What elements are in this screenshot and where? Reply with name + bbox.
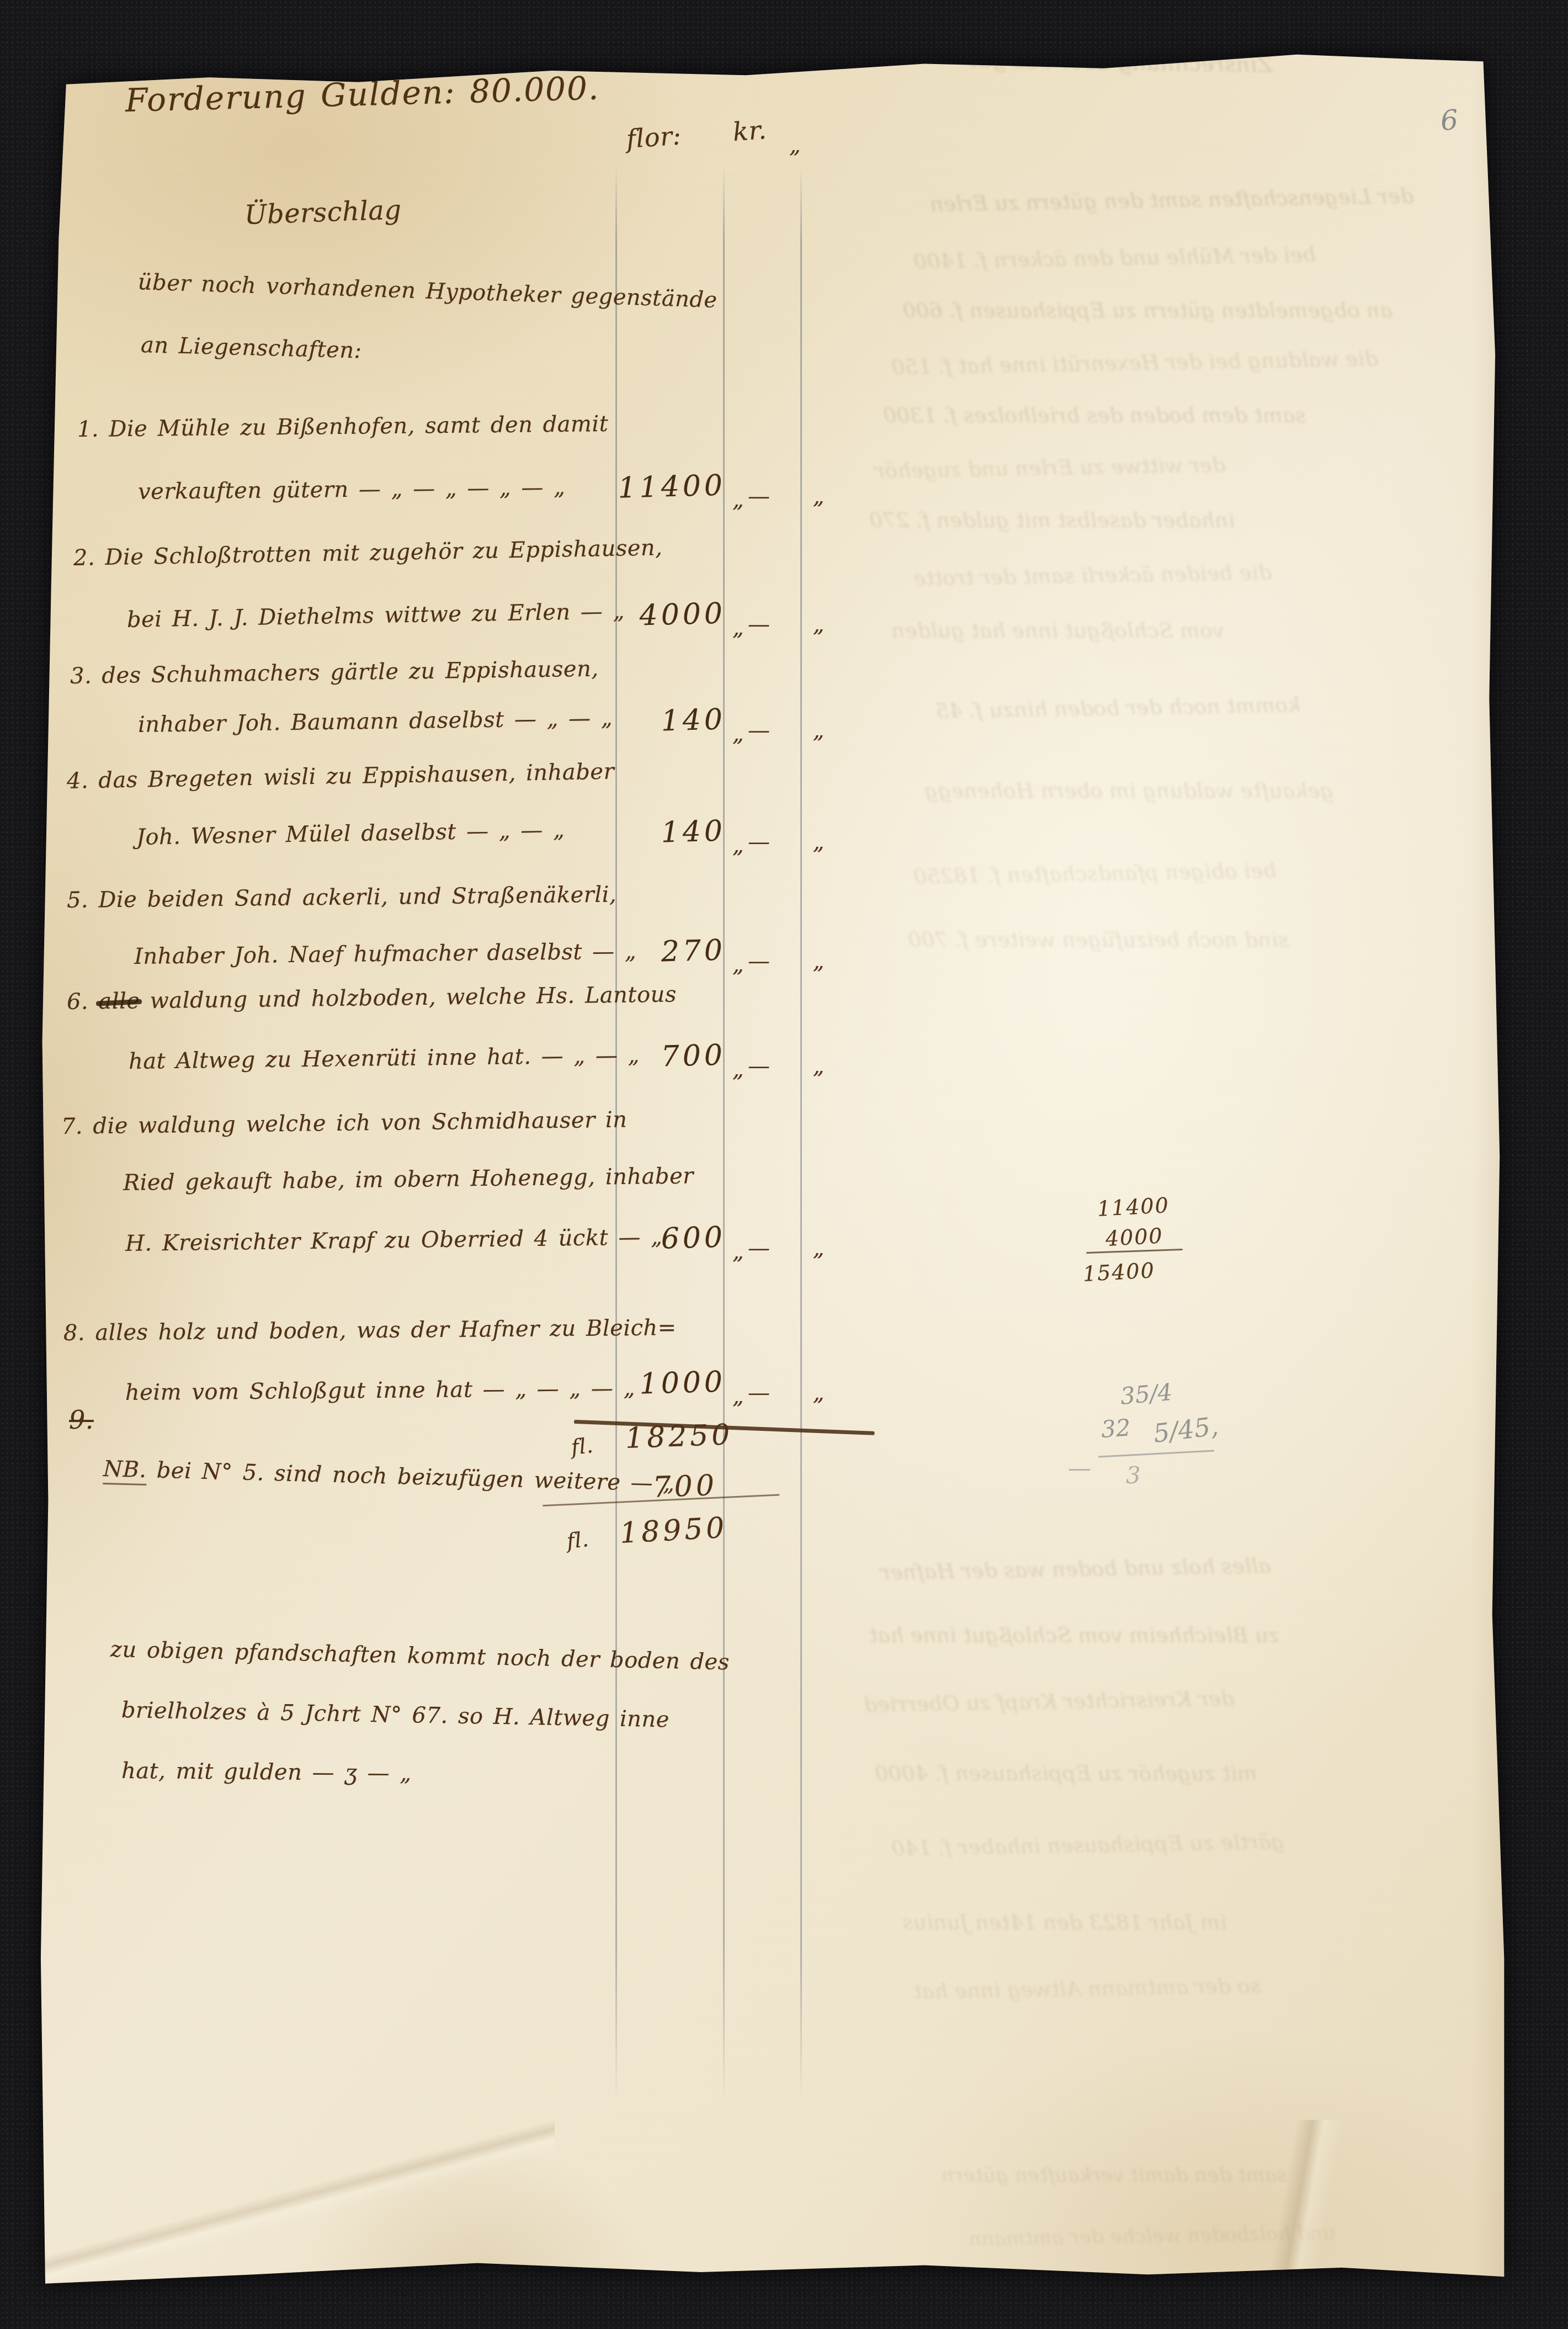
entry-2-ditto-mark: „ — [732, 615, 744, 640]
edge-shading-right — [1471, 11, 1521, 2302]
bleedthrough-line: und holzboden welche der amtmann — [969, 2221, 1336, 2251]
bleedthrough-line: bei obigen pfandschaften f. 18250 — [913, 858, 1277, 888]
nb-note: NB. bei N° 5. sind noch beizufügen weite… — [103, 1456, 675, 1497]
entry-4-line-1: 4. das Bregeten wisli zu Eppishausen, in… — [67, 759, 615, 794]
intro-line-1: über noch vorhandenen Hypotheker gegenst… — [137, 269, 717, 313]
document-subtitle: Überschlag — [244, 194, 402, 231]
column-rule-left — [615, 166, 617, 2103]
column-header-ditto-mark: „ — [789, 132, 801, 158]
entry-7-amount-kr-dash: — „ — [748, 1235, 841, 1261]
subtotal-value: 18250 — [625, 1418, 733, 1455]
pencil-calc-rule — [1098, 1450, 1214, 1458]
entry-5-line-2: Inhaber Joh. Naef hufmacher daselbst — „ — [134, 938, 637, 969]
entry-7-line-3: H. Kreisrichter Krapf zu Oberried 4 ückt… — [125, 1224, 663, 1256]
bleedthrough-line: alles holz und boden was der Hafner — [880, 1553, 1271, 1584]
bleedthrough-line: mit zugehör zu Eppishausen f. 4000 — [875, 1761, 1257, 1785]
entry-2-amount-flor: 4000 — [587, 597, 726, 634]
manuscript-sheet: Zinsrechnung über das gutder Liegenschaf… — [30, 11, 1521, 2302]
bleedthrough-line: gärtle zu Eppishausen inhaber f. 140 — [891, 1829, 1285, 1860]
page-number: 6 — [1439, 104, 1459, 137]
entry-4-ditto-mark: „ — [732, 832, 744, 858]
florin-sign-total: fl. — [566, 1527, 590, 1553]
entry-3-amount-flor: 140 — [587, 703, 726, 740]
bleedthrough-line: samt dem boden des brielholzes f. 1300 — [883, 403, 1306, 427]
entry-5-ditto-mark: „ — [732, 952, 744, 977]
nb-text: bei N° 5. sind noch beizufügen weitere —… — [156, 1458, 675, 1497]
column-rule-middle — [723, 166, 725, 2103]
pencil-calc-row2b: 5/45, — [1152, 1411, 1220, 1449]
bleedthrough-line: zu Bleichheim vom Schloßgut inne hat — [869, 1623, 1279, 1647]
intro-line-2: an Liegenschaften: — [140, 332, 362, 363]
florin-sign-subtotal: fl. — [570, 1433, 594, 1460]
entry-6-amount-kr-dash: — „ — [748, 1053, 841, 1079]
margin-sum-result: 15400 — [1082, 1258, 1156, 1286]
entry-3-line-1: 3. des Schuhmachers gärtle zu Eppishause… — [70, 656, 599, 689]
entry-4-amount-kr-dash: — „ — [748, 829, 841, 855]
pencil-calc-row2a: 32 — [1100, 1414, 1131, 1443]
column-header-kr: kr. — [732, 115, 768, 147]
bleedthrough-line: der wittwe zu Erlen und zugehör — [875, 452, 1226, 482]
entry-1-line-1: 1. Die Mühle zu Bißenhofen, samt den dam… — [77, 411, 609, 442]
manuscript-page: Zinsrechnung über das gutder Liegenschaf… — [30, 11, 1521, 2302]
total-value: 18950 — [619, 1511, 728, 1550]
footer-line-2: brielholzes à 5 Jchrt N° 67. so H. Altwe… — [121, 1697, 670, 1732]
entry-7-line-2: Ried gekauft habe, im obern Hohenegg, in… — [123, 1163, 694, 1196]
column-header-flor: flor: — [625, 120, 682, 154]
entry-1-amount-kr-dash: — „ — [748, 484, 841, 509]
entry-8-amount-kr-dash: — „ — [748, 1380, 841, 1405]
bleedthrough-line: gekaufte waldung im obern Hohenegg — [924, 778, 1333, 803]
bleedthrough-line: vom Schloßgut inne hat gulden — [891, 618, 1224, 643]
document-title: Forderung Gulden: 80.000. — [125, 70, 600, 119]
struck-word: alle — [98, 988, 140, 1014]
margin-sum-addend-2: 4000 — [1105, 1224, 1164, 1251]
bleedthrough-line: so der amtmann Altweg inne hat — [913, 1973, 1261, 2004]
bleedthrough-line: die waldung bei der Hexenrüti inne hat f… — [891, 346, 1379, 379]
pencil-calc-dash: — — [1068, 1455, 1091, 1482]
fold-crease-bottom-right — [1079, 2120, 1521, 2296]
entry-5-line-1: 5. Die beiden Sand ackerli, und Straßenä… — [67, 882, 617, 913]
bleedthrough-line: der Kreisrichter Krapf zu Oberried — [864, 1686, 1235, 1717]
entry-6-amount-flor: 700 — [587, 1038, 726, 1075]
entry-6-line-1: 6. alle waldung und holzboden, welche Hs… — [67, 982, 677, 1015]
entry-3-line-2: inhaber Joh. Baumann daselbst — „ — „ — [138, 705, 613, 738]
bleedthrough-line: an obgemeldten gütern zu Eppishausen f. … — [902, 298, 1392, 322]
bleedthrough-line: inhaber daselbst mit gulden f. 270 — [869, 508, 1235, 532]
bleedthrough-line: sind noch beizufügen weitere f. 700 — [908, 927, 1289, 952]
entry-5-amount-kr-dash: — „ — [748, 948, 841, 974]
entry-7-ditto-mark: „ — [732, 1239, 744, 1264]
struck-entry-9: 9. — [69, 1405, 94, 1435]
margin-sum-addend-1: 11400 — [1097, 1193, 1170, 1221]
entry-2-amount-kr-dash: — „ — [748, 612, 841, 637]
entry-8-amount-flor: 1000 — [587, 1365, 726, 1402]
entry-2-line-1: 2. Die Schloßtrotten mit zugehör zu Eppi… — [73, 535, 663, 571]
entry-1-ditto-mark: „ — [732, 487, 744, 512]
photo-background: Zinsrechnung über das gutder Liegenschaf… — [0, 0, 1568, 2329]
entry-7-line-1: 7. die waldung welche ich von Schmidhaus… — [61, 1107, 628, 1139]
pencil-calc-row1: 35/4 — [1119, 1378, 1173, 1410]
entry-2-line-2: bei H. J. J. Diethelms wittwe zu Erlen —… — [127, 598, 625, 633]
entry-1-amount-flor: 11400 — [587, 469, 726, 506]
fold-crease-bottom-left — [30, 2109, 555, 2296]
bleedthrough-line: im Jahr 1823 den 14ten Junius — [902, 1910, 1227, 1934]
bleedthrough-line: kommt noch der boden hinzu f. 45 — [936, 692, 1301, 723]
nb-label: NB. — [103, 1456, 147, 1486]
bleedthrough-line: bei der Mühle und den äckern f. 1400 — [913, 242, 1316, 274]
entry-3-ditto-mark: „ — [732, 721, 744, 746]
entry-8-line-2: heim vom Schloßgut inne hat — „ — „ — „ — [125, 1376, 635, 1405]
entry-7-amount-flor: 600 — [587, 1221, 726, 1258]
entry-3-amount-kr-dash: — „ — [748, 718, 841, 743]
entry-4-amount-flor: 140 — [587, 814, 726, 851]
footer-line-3: hat, mit gulden — ʒ — „ — [121, 1758, 412, 1786]
entry-6-ditto-mark: „ — [732, 1057, 744, 1082]
entry-1-line-2: verkauften gütern — „ — „ — „ — „ — [138, 475, 566, 505]
bleedthrough-line: die beiden äckerli samt der trotte — [913, 560, 1272, 590]
entry-8-ditto-mark: „ — [732, 1383, 744, 1409]
bleedthrough-line: samt den damit verkauften gütern — [941, 2164, 1287, 2187]
entry-4-line-2: Joh. Wesner Mülel daselbst — „ — „ — [136, 817, 565, 850]
footer-line-1: zu obigen pfandschaften kommt noch der b… — [110, 1637, 730, 1675]
bleedthrough-line: Zinsrechnung über das gut — [969, 47, 1273, 78]
entry-6-line-2: hat Altweg zu Hexenrüti inne hat. — „ — … — [129, 1043, 640, 1074]
column-rule-right — [800, 166, 802, 2103]
entry-8-line-1: 8. alles holz und boden, was der Hafner … — [63, 1315, 677, 1346]
bleedthrough-line: der Liegenschaften samt den gütern zu Er… — [930, 183, 1414, 216]
pencil-calc-row3: 3 — [1126, 1462, 1141, 1489]
entry-5-amount-flor: 270 — [587, 933, 726, 970]
